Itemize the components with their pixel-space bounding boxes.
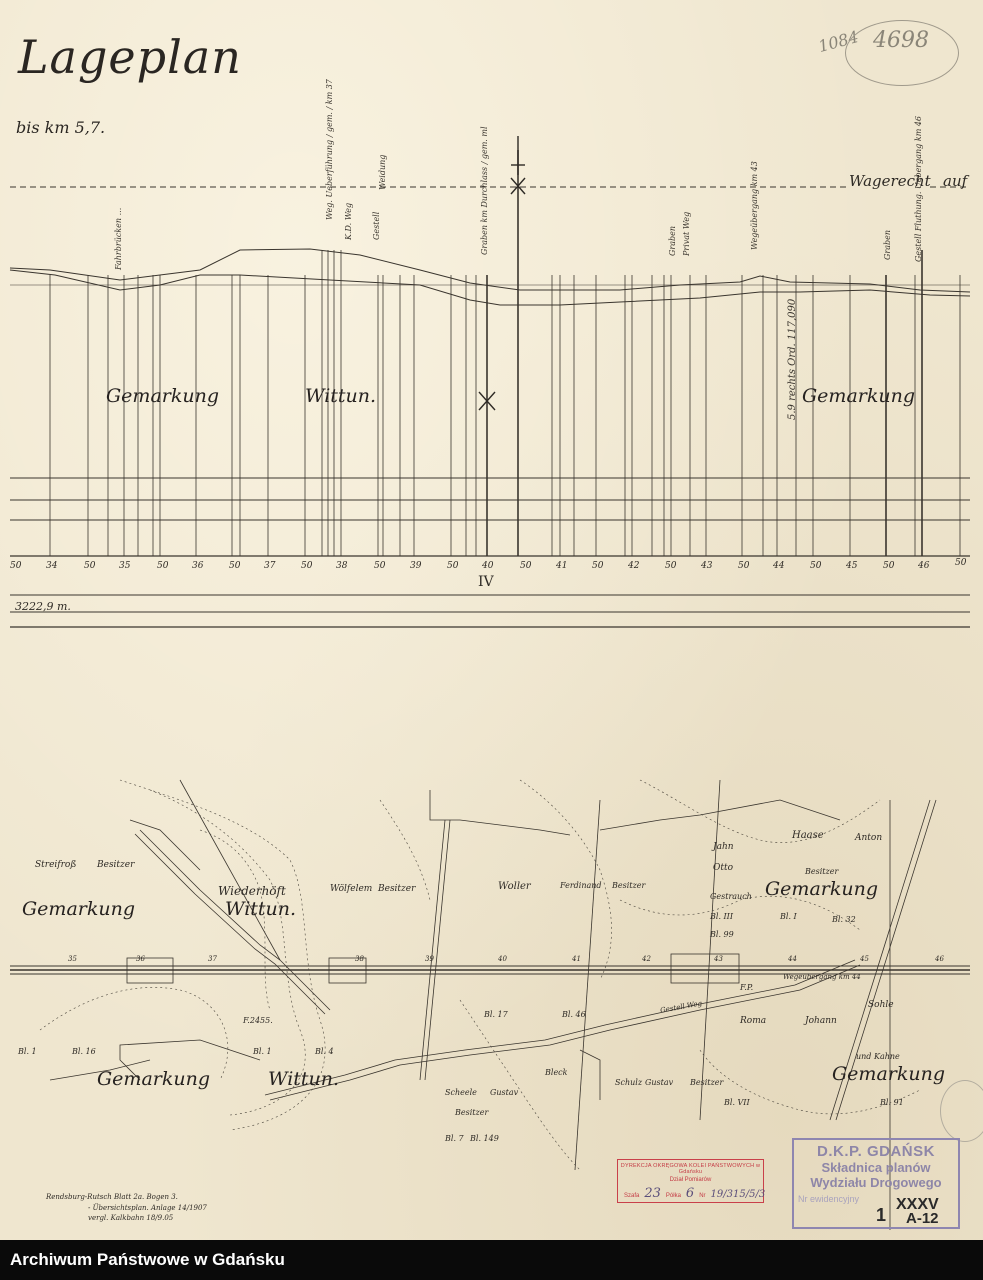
km-tick: 50 (738, 561, 749, 571)
owner-label: Gestrauch (710, 892, 752, 901)
pencil-circle (845, 20, 959, 86)
station-number: 44 (788, 955, 797, 963)
profile-note: Graben (883, 230, 892, 260)
profile-note: Graben km Durchlass / gem. ml (480, 126, 489, 255)
annotation-line-3: vergl. Kalkbahn 18/9.05 (88, 1214, 173, 1222)
parcel-label: Bl. 17 (484, 1010, 508, 1019)
map-label-fp: F.P. (740, 983, 753, 992)
owner-label: Otto (713, 863, 733, 873)
document-title: Lageplan (18, 30, 242, 84)
owner-label: Haase (792, 830, 824, 841)
km-tick: 50 (810, 561, 821, 571)
owner-label: Besitzer (805, 867, 838, 876)
map-region-gemarkung-br: Gemarkung (832, 1063, 945, 1085)
km-tick: 36 (192, 561, 203, 571)
station-number: 37 (208, 955, 217, 963)
owner-label: Besitzer (97, 860, 134, 870)
stamp-red-polka-label: Półka (666, 1193, 681, 1199)
owner-label: Sohle (868, 1000, 894, 1010)
evidence-number-left: 1 (876, 1205, 886, 1226)
km-tick: 50 (592, 561, 603, 571)
profile-note: 5.9 rechts Ord. 117,090 (787, 299, 798, 420)
owner-label: Woller (498, 881, 531, 892)
stamp-red-nr-value: 19/315/5/3 (711, 1189, 766, 1200)
station-number: 35 (68, 955, 77, 963)
map-label-crossing: Wegeübergang km 44 (783, 973, 861, 981)
km-tick: 50 (520, 561, 531, 571)
owner-label: und Kahne (856, 1052, 900, 1061)
archive-footer: Archiwum Państwowe w Gdańsku (0, 1240, 983, 1280)
pencil-circle-bottom (940, 1080, 983, 1142)
map-label-ft: F.2455. (243, 1016, 273, 1025)
parcel-label: Bl. 4 (315, 1047, 334, 1056)
owner-label: Scheele (445, 1088, 477, 1097)
annotation-line-1: Rendsburg-Rutsch Blatt 2a. Bogen 3. (46, 1193, 178, 1201)
document-subtitle: bis km 5,7. (16, 118, 105, 137)
owner-label: Bleck (545, 1068, 568, 1077)
owner-label: Besitzer (612, 881, 645, 890)
parcel-label: Bl. 32 (832, 915, 856, 924)
map-region-gemarkung-bl: Gemarkung (97, 1068, 210, 1090)
station-number: 39 (425, 955, 434, 963)
parcel-label: Bl. 91 (880, 1098, 904, 1107)
owner-label: Anton (855, 833, 882, 843)
parcel-label: Bl. 1 (18, 1047, 37, 1056)
drawing-linework (0, 0, 983, 1240)
km-tick: 50 (665, 561, 676, 571)
datum-suffix: auf (943, 172, 967, 190)
station-number: 38 (355, 955, 364, 963)
stamp-red-polka-value: 6 (686, 1186, 694, 1201)
map-region-wittun-bottom: Wittun. (268, 1068, 339, 1090)
station-number: 41 (572, 955, 581, 963)
map-region-wittun-top: Wittun. (225, 898, 296, 920)
km-tick: 42 (628, 561, 639, 571)
stamp-purple-line3: Wydziału Drogowego (794, 1175, 958, 1190)
km-tick: 39 (410, 561, 421, 571)
km-tick: 40 (482, 561, 493, 571)
stamp-red-line1: DYREKCJA OKRĘGOWA KOLEI PAŃSTWOWYCH w Gd… (618, 1163, 763, 1175)
profile-note: Privat Weg (682, 212, 691, 256)
km-tick: 43 (701, 561, 712, 571)
owner-label: Gustav (645, 1078, 673, 1087)
map-label-wiederhoft: Wiederhöft (218, 884, 286, 898)
km-tick: 46 (918, 561, 929, 571)
stamp-red-szafa-value: 23 (644, 1186, 661, 1201)
profile-note: Gestell (372, 212, 381, 240)
parcel-label: Bl. I (780, 912, 797, 921)
parcel-label: Bl. 1 (253, 1047, 272, 1056)
station-number: 42 (642, 955, 651, 963)
km-tick: 50 (955, 558, 966, 568)
km-tick: 50 (447, 561, 458, 571)
stamp-purple-line2: Składnica planów (794, 1160, 958, 1175)
km-tick: 50 (883, 561, 894, 571)
owner-label: Streifroß (35, 860, 76, 870)
parcel-label: Bl. 16 (72, 1047, 96, 1056)
km-tick: 50 (10, 561, 21, 571)
profile-note: Fahrbrücken ... (114, 208, 123, 270)
stamp-purple-line1: D.K.P. GDAŃSK (794, 1143, 958, 1160)
map-region-gemarkung-tr: Gemarkung (765, 878, 878, 900)
station-number: 46 (935, 955, 944, 963)
profile-region-right: Gemarkung (802, 385, 915, 407)
km-tick: 35 (119, 561, 130, 571)
profile-region-center: Wittun. (305, 385, 376, 407)
stamp-red-szafa-label: Szafa (624, 1193, 639, 1199)
profile-note: Gestell Fluthung. Uebergang km 46 (914, 116, 923, 262)
owner-label: Wölfelem (330, 884, 372, 894)
profile-note: Graben (668, 226, 677, 256)
parcel-label: Bl. 7 (445, 1134, 464, 1143)
stamp-red-line2: Dział Pomiarów (618, 1177, 763, 1183)
km-tick: 37 (264, 561, 275, 571)
station-number: 45 (860, 955, 869, 963)
owner-label: Besitzer (690, 1078, 723, 1087)
owner-label: Johann (805, 1016, 837, 1026)
parcel-label: Bl. VII (724, 1098, 750, 1107)
km-tick: 41 (556, 561, 567, 571)
km-tick: 50 (301, 561, 312, 571)
km-tick: 38 (336, 561, 347, 571)
section-numeral: IV (478, 574, 494, 590)
parcel-label: Bl. 99 (710, 930, 734, 939)
parcel-label: Bl. 46 (562, 1010, 586, 1019)
archive-name: Archiwum Państwowe w Gdańsku (10, 1250, 285, 1270)
km-tick: 44 (773, 561, 784, 571)
parcel-label: Bl. III (710, 912, 733, 921)
archive-stamp-red: DYREKCJA OKRĘGOWA KOLEI PAŃSTWOWYCH w Gd… (617, 1159, 764, 1203)
km-tick: 34 (46, 561, 57, 571)
parcel-label: Bl. 149 (470, 1134, 499, 1143)
map-sheet: Lageplan bis km 5,7. 1084 4698 Wagerecht… (0, 0, 983, 1240)
owner-label: Schulz (615, 1078, 642, 1087)
km-tick: 45 (846, 561, 857, 571)
station-number: 36 (136, 955, 145, 963)
owner-label: Besitzer (455, 1108, 488, 1117)
annotation-line-2: - Übersichtsplan. Anlage 14/1907 (88, 1204, 207, 1212)
owner-label: Roma (740, 1016, 766, 1026)
station-number: 40 (498, 955, 507, 963)
profile-note: Weg. Ueberführung / gem. / km 37 (325, 79, 334, 220)
evidence-number-right: A-12 (906, 1210, 939, 1227)
profile-note: Wegeübergang km 43 (750, 161, 759, 250)
profile-note: Weidung (378, 155, 387, 190)
owner-label: Gustav (490, 1088, 518, 1097)
km-tick: 50 (374, 561, 385, 571)
map-region-gemarkung-tl: Gemarkung (22, 898, 135, 920)
length-label: 3222,9 m. (15, 600, 71, 613)
owner-label: Jahn (713, 842, 734, 852)
profile-note: K.D. Weg (344, 203, 353, 240)
station-number: 43 (714, 955, 723, 963)
km-tick: 50 (84, 561, 95, 571)
profile-region-left: Gemarkung (106, 385, 219, 407)
km-tick: 50 (157, 561, 168, 571)
owner-label: Besitzer (378, 884, 415, 894)
stamp-red-nr-label: Nr (699, 1193, 705, 1199)
km-tick: 50 (229, 561, 240, 571)
owner-label: Ferdinand (560, 881, 602, 890)
